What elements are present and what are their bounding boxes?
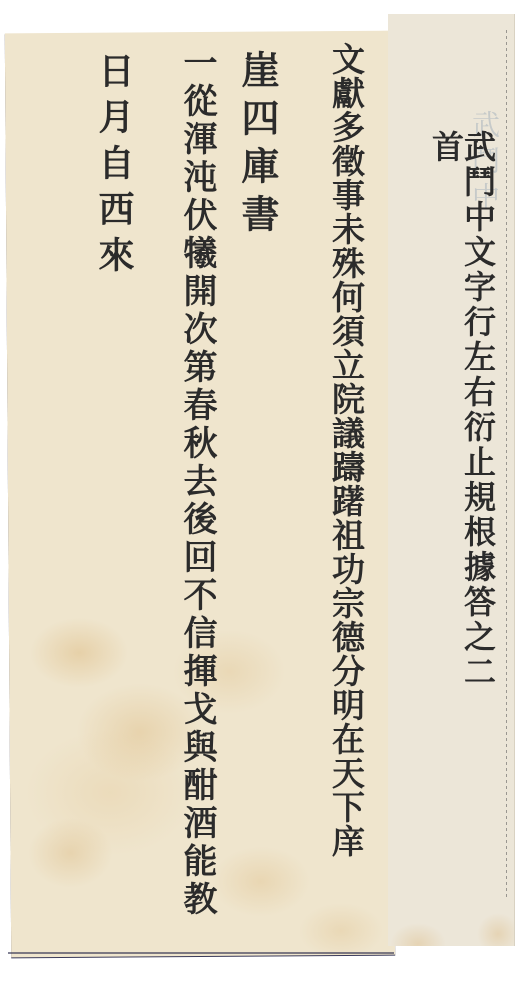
poem-column-1: 文獻多徵事未殊何須立院議躊躇祖功宗德分明在天下庠 — [330, 42, 363, 1000]
paper-bottom-edge — [8, 952, 394, 954]
poem-column-3: 一從渾沌伏犧開次第春秋去後回不信揮戈與酣酒能教 — [180, 45, 214, 975]
poem-column-4: 日月自西來 — [96, 52, 132, 282]
poem-title-column: 武鬥中文字行左右衍止規根據答之二首 — [430, 130, 494, 720]
poem-column-2: 崖四庫書 — [238, 50, 276, 250]
strip-dotted-rule — [506, 30, 507, 900]
